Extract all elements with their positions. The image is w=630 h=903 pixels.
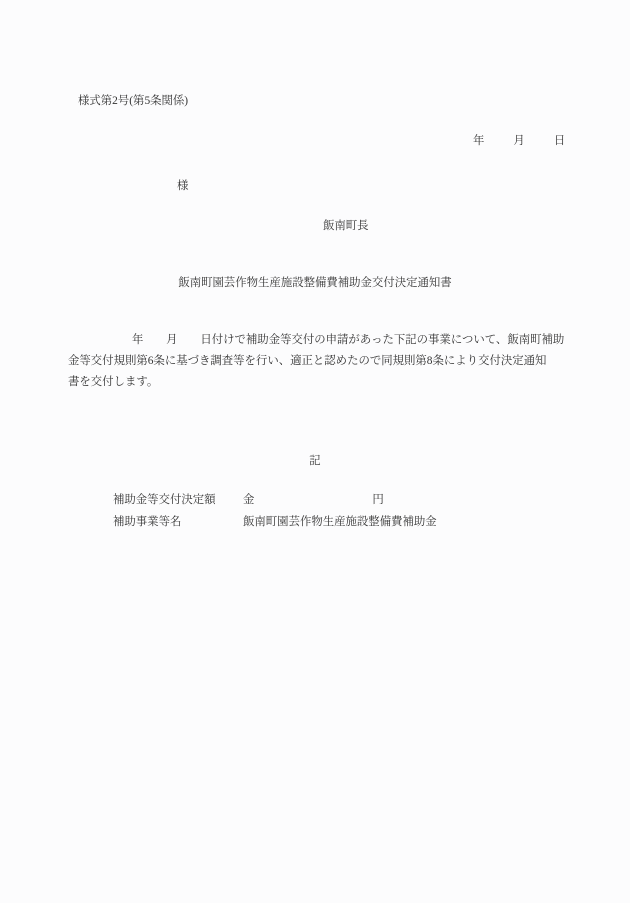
body-line-1: 年 月 日付けで補助金等交付の申請があった下記の事業について、飯南町補助 <box>68 330 568 351</box>
body-paragraph: 年 月 日付けで補助金等交付の申請があった下記の事業について、飯南町補助 金等交… <box>68 330 568 393</box>
detail-label-grant-amount: 補助金等交付決定額 <box>113 489 243 511</box>
record-heading: 記 <box>0 456 630 467</box>
document-page: 様式第2号(第5条関係) 年 月 日 様 飯南町長 飯南町園芸作物生産施設整備費… <box>0 0 630 903</box>
detail-label-project-name: 補助事業等名 <box>113 511 243 533</box>
body-line-3: 書を交付します。 <box>68 372 568 393</box>
date-month-blank <box>484 143 513 144</box>
date-month-label: 月 <box>513 136 524 147</box>
detail-row-grant-amount: 補助金等交付決定額 金 円 <box>113 489 437 511</box>
date-day-blank <box>525 143 554 144</box>
amount-blank <box>254 502 372 503</box>
grant-amount-value: 金 円 <box>243 489 384 511</box>
amount-prefix: 金 <box>243 489 254 511</box>
sender-title: 飯南町長 <box>323 221 369 232</box>
date-line: 年 月 日 <box>473 136 565 147</box>
date-year-label: 年 <box>473 136 484 147</box>
date-day-label: 日 <box>554 136 565 147</box>
amount-suffix: 円 <box>372 489 383 511</box>
body-line-2: 金等交付規則第6条に基づき調査等を行い、適正と認めたので同規則第8条により交付決… <box>68 351 568 372</box>
detail-row-project-name: 補助事業等名 飯南町園芸作物生産施設整備費補助金 <box>113 511 437 533</box>
project-name-value: 飯南町園芸作物生産施設整備費補助金 <box>243 511 437 533</box>
document-title: 飯南町園芸作物生産施設整備費補助金交付決定通知書 <box>0 278 630 289</box>
recipient-honorific: 様 <box>177 181 188 192</box>
details-section: 補助金等交付決定額 金 円 補助事業等名 飯南町園芸作物生産施設整備費補助金 <box>113 489 437 533</box>
form-number: 様式第2号(第5条関係) <box>78 96 188 107</box>
